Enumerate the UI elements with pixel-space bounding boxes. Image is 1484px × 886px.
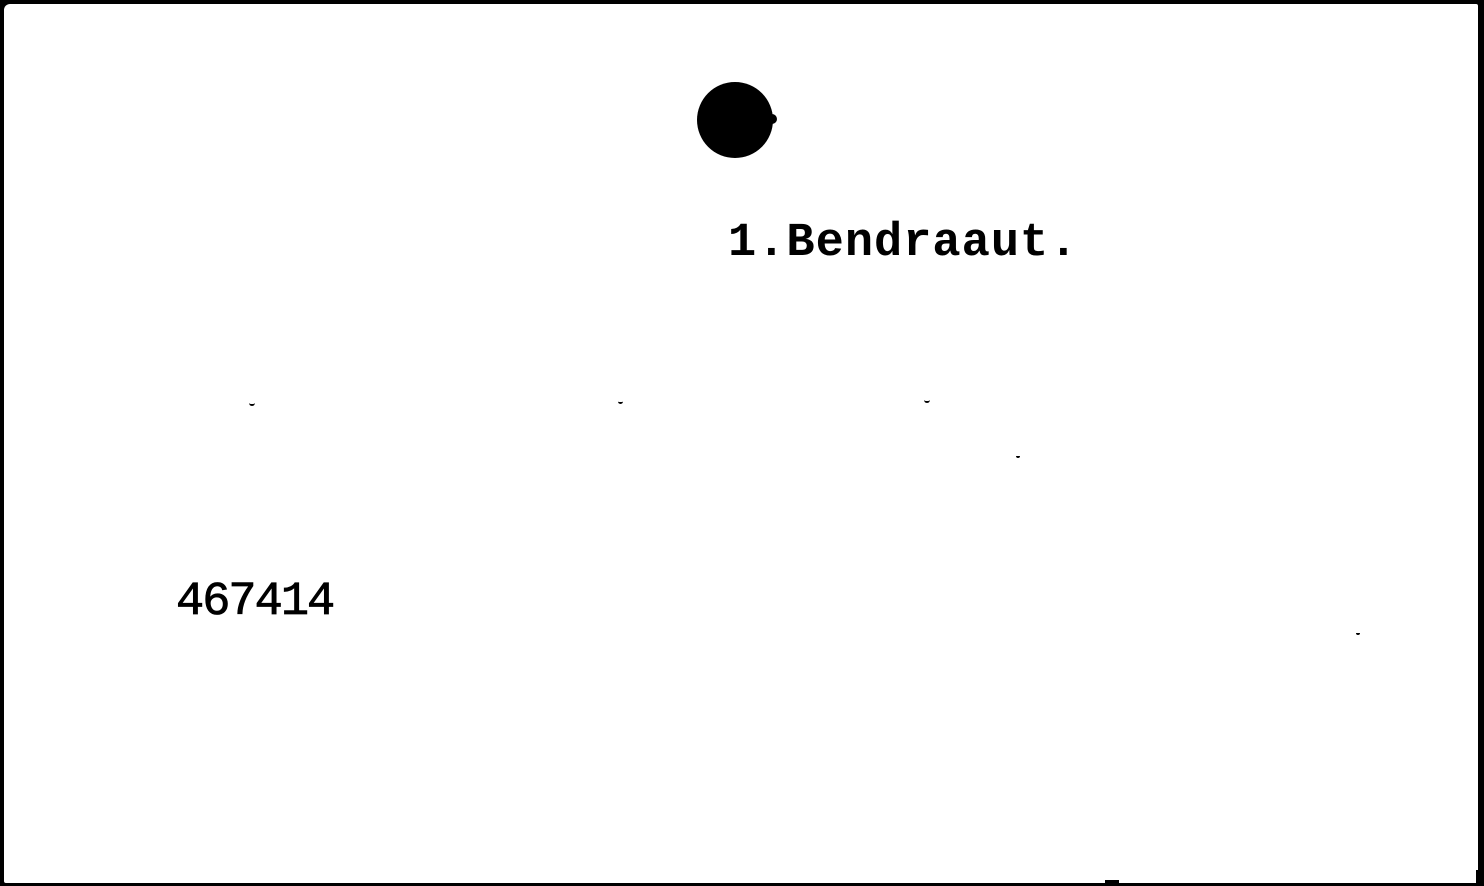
edge-mark — [1476, 870, 1484, 886]
index-card: 1.Bendraaut. 467414 — [4, 4, 1478, 883]
card-heading: 1.Bendraaut. — [728, 217, 1078, 270]
scan-speck — [924, 397, 930, 403]
edge-mark — [1105, 880, 1119, 884]
punch-hole-icon — [697, 82, 773, 158]
scan-speck — [1016, 452, 1020, 458]
scan-speck — [618, 398, 623, 404]
scan-speck — [1356, 629, 1360, 635]
card-reference-number: 467414 — [176, 576, 333, 629]
edge-mark — [92, 2, 96, 4]
scan-speck — [249, 400, 255, 406]
